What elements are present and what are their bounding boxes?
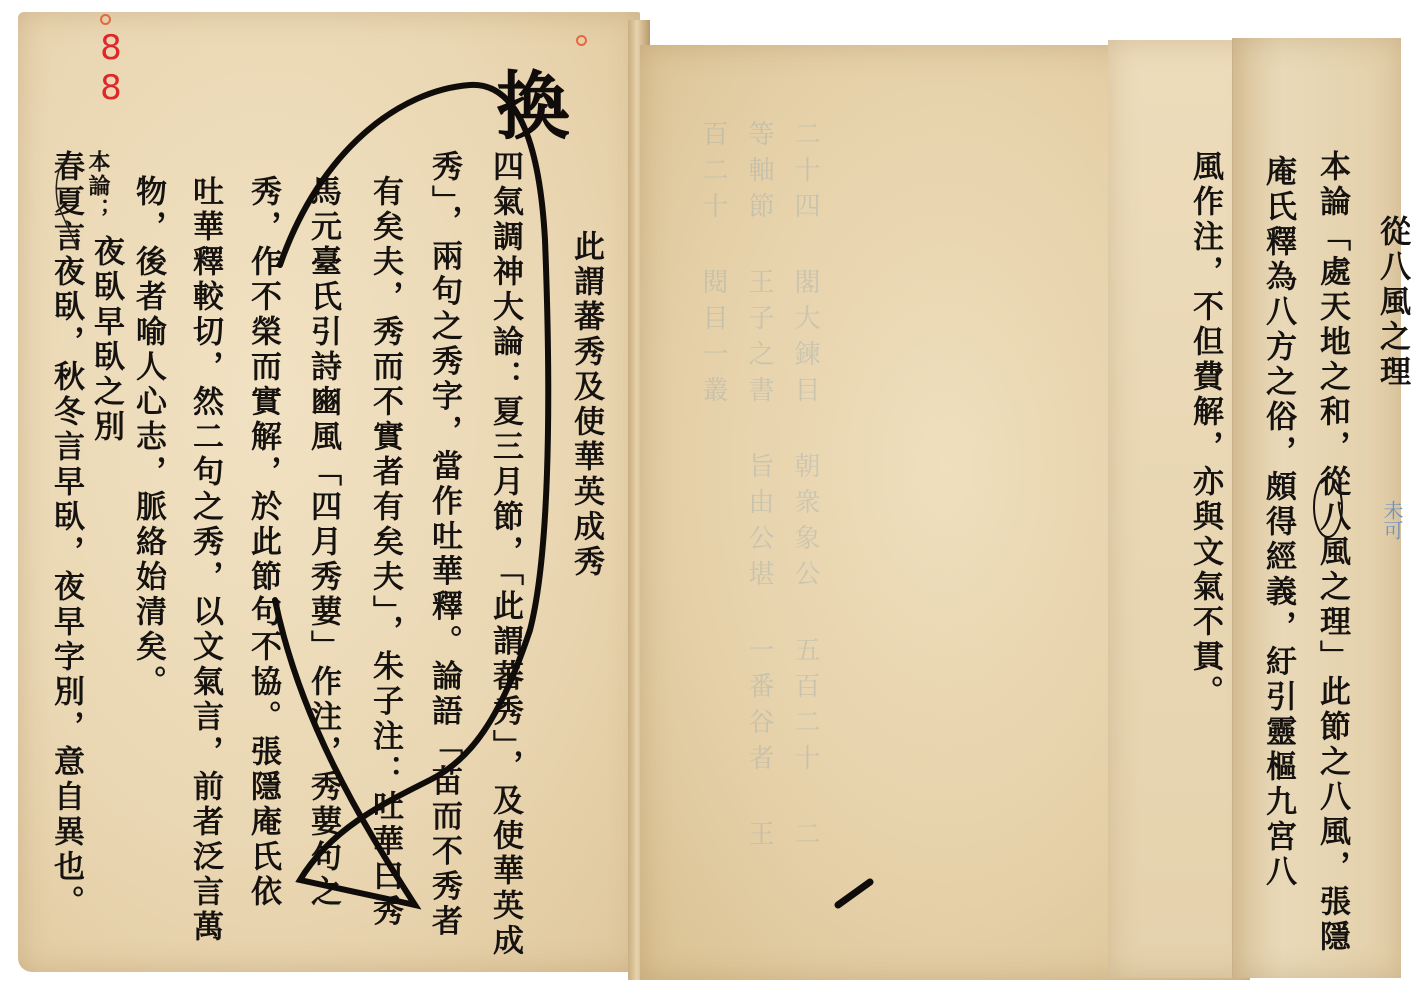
circled-chars: [1314, 477, 1342, 537]
deletion-loop: [275, 85, 548, 905]
margin-bracket: [56, 160, 78, 250]
ink-blot: [838, 882, 870, 905]
ink-annotations: [0, 0, 1427, 1000]
